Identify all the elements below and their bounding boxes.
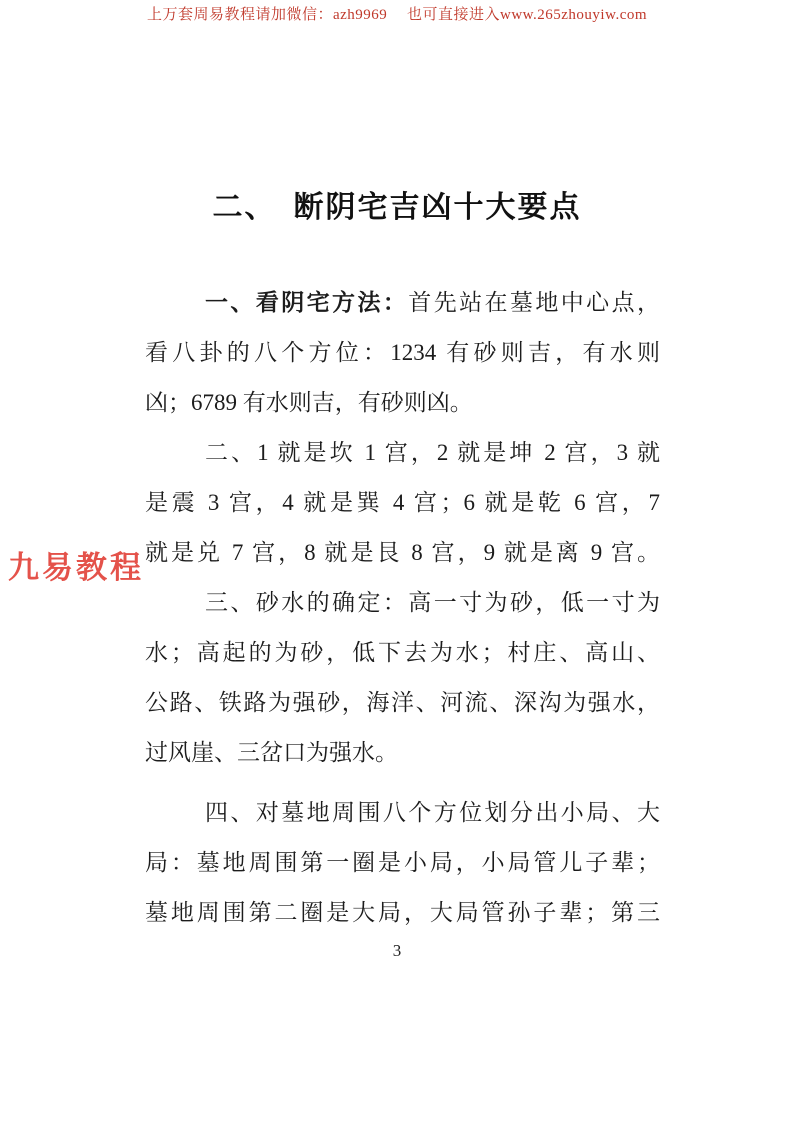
red-watermark-stamp: 九易教程	[8, 542, 144, 587]
paragraph-3: 三、砂水的确定：高一寸为砂，低一寸为 水；高起的为砂，低下去为水；村庄、高山、 …	[145, 578, 660, 778]
paragraph-lead-rest: 首先站在墓地中心点，	[408, 290, 660, 315]
text-line: 过风崖、三岔口为强水。	[145, 728, 660, 778]
text-line: 二、1 就是坎 1 宫，2 就是坤 2 宫，3 就	[145, 428, 660, 478]
text-line: 水；高起的为砂，低下去为水；村庄、高山、	[145, 628, 660, 678]
header-watermark-ad: 上万套周易教程请加微信：azh9969 也可直接进入www.265zhouyiw…	[0, 3, 794, 24]
text-line: 局：墓地周围第一圈是小局，小局管儿子辈；	[145, 838, 660, 888]
text-line: 三、砂水的确定：高一寸为砂，低一寸为	[145, 578, 660, 628]
text-line: 凶；6789 有水则吉，有砂则凶。	[145, 378, 660, 428]
document-page: 上万套周易教程请加微信：azh9969 也可直接进入www.265zhouyiw…	[0, 0, 794, 1123]
text-line: 墓地周围第二圈是大局，大局管孙子辈；第三	[145, 888, 660, 938]
text-line: 是震 3 宫，4 就是巽 4 宫；6 就是乾 6 宫，7	[145, 478, 660, 528]
text-line: 一、看阴宅方法：首先站在墓地中心点，	[145, 278, 660, 328]
body-text-block: 一、看阴宅方法：首先站在墓地中心点， 看八卦的八个方位：1234 有砂则吉，有水…	[145, 278, 660, 938]
text-line: 就是兑 7 宫，8 就是艮 8 宫，9 就是离 9 宫。	[145, 528, 660, 578]
paragraph-2: 二、1 就是坎 1 宫，2 就是坤 2 宫，3 就 是震 3 宫，4 就是巽 4…	[145, 428, 660, 578]
text-line: 看八卦的八个方位：1234 有砂则吉，有水则	[145, 328, 660, 378]
text-line: 四、对墓地周围八个方位划分出小局、大	[145, 788, 660, 838]
paragraph-1: 一、看阴宅方法：首先站在墓地中心点， 看八卦的八个方位：1234 有砂则吉，有水…	[145, 278, 660, 428]
section-title: 二、 断阴宅吉凶十大要点	[0, 182, 794, 226]
text-line: 公路、铁路为强砂，海洋、河流、深沟为强水，	[145, 678, 660, 728]
page-number: 3	[0, 936, 794, 966]
paragraph-lead-bold: 一、看阴宅方法：	[205, 290, 408, 315]
paragraph-4: 四、对墓地周围八个方位划分出小局、大 局：墓地周围第一圈是小局，小局管儿子辈； …	[145, 788, 660, 938]
